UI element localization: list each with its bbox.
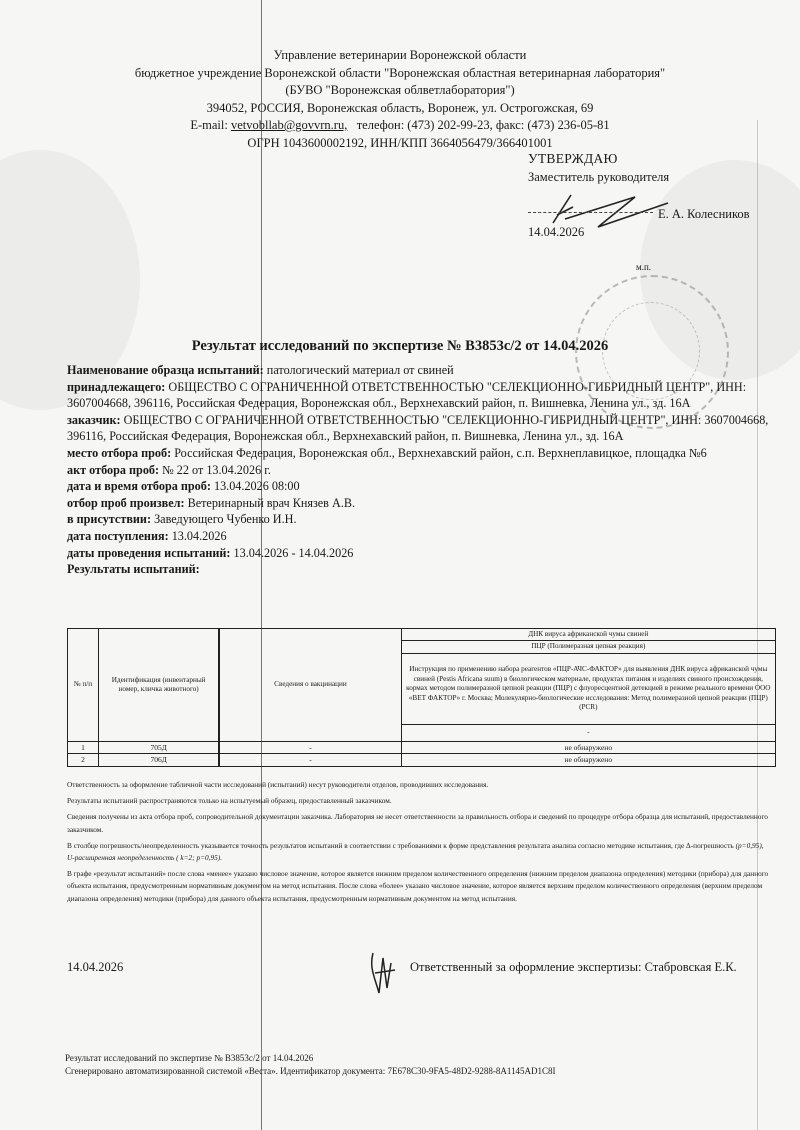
header-vaccination: Сведения о вакцинации (219, 629, 401, 742)
contacts: E-mail: vetvobllab@govvrn.ru, телефон: (… (80, 117, 720, 135)
document-page: Управление ветеринарии Воронежской облас… (0, 0, 800, 1130)
note-uncertainty: В столбце погрешность/неопределенность у… (67, 840, 773, 864)
phone-fax: телефон: (473) 202-99-23, факс: (473) 23… (357, 118, 610, 132)
page-footer: Результат исследований по экспертизе № В… (65, 1052, 555, 1077)
email-label: E-mail: (190, 118, 228, 132)
field-customer: заказчик: ОБЩЕСТВО С ОГРАНИЧЕННОЙ ОТВЕТС… (67, 412, 777, 445)
email-link[interactable]: vetvobllab@govvrn.ru, (231, 118, 347, 132)
footer-generated-by: Сгенерировано автоматизированной системо… (65, 1065, 555, 1078)
field-receipt-date: дата поступления: 13.04.2026 (67, 528, 777, 545)
note-responsibility: Ответственность за оформление табличной … (67, 779, 773, 791)
field-owner: принадлежащего: ОБЩЕСТВО С ОГРАНИЧЕННОЙ … (67, 379, 777, 412)
field-sample-name: Наименование образца испытаний: патологи… (67, 362, 777, 379)
field-sampling-act: акт отбора проб: № 22 от 13.04.2026 г. (67, 462, 777, 479)
results-table: № п/п Идентификация (инвентарный номер, … (67, 628, 776, 767)
header-norm-value: - (401, 724, 775, 741)
table-row: 1 705Д - не обнаружено (68, 741, 776, 753)
responsible-person: Ответственный за оформление экспертизы: … (410, 960, 737, 975)
header-normative-doc: Инструкция по применению набора реагенто… (401, 653, 775, 724)
institution-name: бюджетное учреждение Воронежской области… (80, 65, 720, 83)
note-scope: Результаты испытаний распространяются то… (67, 795, 773, 807)
scan-line (757, 120, 758, 1130)
field-in-presence: в присутствии: Заведующего Чубенко И.Н. (67, 511, 777, 528)
field-sampled-by: отбор проб произвел: Ветеринарный врач К… (67, 495, 777, 512)
field-sampling-datetime: дата и время отбора проб: 13.04.2026 08:… (67, 478, 777, 495)
authority-name: Управление ветеринарии Воронежской облас… (80, 47, 720, 65)
header-indicator: ДНК вируса африканской чумы свиней (401, 629, 775, 641)
header-method: ПЦР (Полимеразная цепная реакция) (401, 641, 775, 653)
header-num: № п/п (68, 629, 99, 742)
sample-info: Наименование образца испытаний: патологи… (67, 362, 777, 578)
approval-title: УТВЕРЖДАЮ (528, 150, 669, 168)
signoff-date: 14.04.2026 (67, 960, 123, 975)
approver-position: Заместитель руководителя (528, 168, 669, 186)
signature-icon (365, 948, 405, 998)
approval-block: УТВЕРЖДАЮ Заместитель руководителя Е. А.… (528, 150, 669, 186)
institution-short-name: (БУВО "Воронежская облветлаборатория") (80, 82, 720, 100)
header-identification: Идентификация (инвентарный номер, кличка… (98, 629, 219, 742)
letterhead: Управление ветеринарии Воронежской облас… (80, 47, 720, 152)
field-test-dates: даты проведения испытаний: 13.04.2026 - … (67, 545, 777, 562)
notes: Ответственность за оформление табличной … (67, 779, 773, 909)
table-row: 2 706Д - не обнаружено (68, 754, 776, 766)
note-sampling-source: Сведения получены из акта отбора проб, с… (67, 811, 773, 835)
document-title: Результат исследований по экспертизе № В… (0, 338, 800, 355)
footer-title: Результат исследований по экспертизе № В… (65, 1052, 555, 1065)
approval-date: 14.04.2026 (528, 223, 584, 241)
field-sampling-place: место отбора проб: Российская Федерация,… (67, 445, 777, 462)
field-results-heading: Результаты испытаний: (67, 561, 777, 578)
signature-line (528, 212, 653, 213)
approver-name: Е. А. Колесников (658, 205, 750, 223)
note-limits: В графе «результат испытаний» после слов… (67, 868, 773, 905)
stamp-label: м.п. (636, 262, 651, 272)
institution-address: 394052, РОССИЯ, Воронежская область, Вор… (80, 100, 720, 118)
